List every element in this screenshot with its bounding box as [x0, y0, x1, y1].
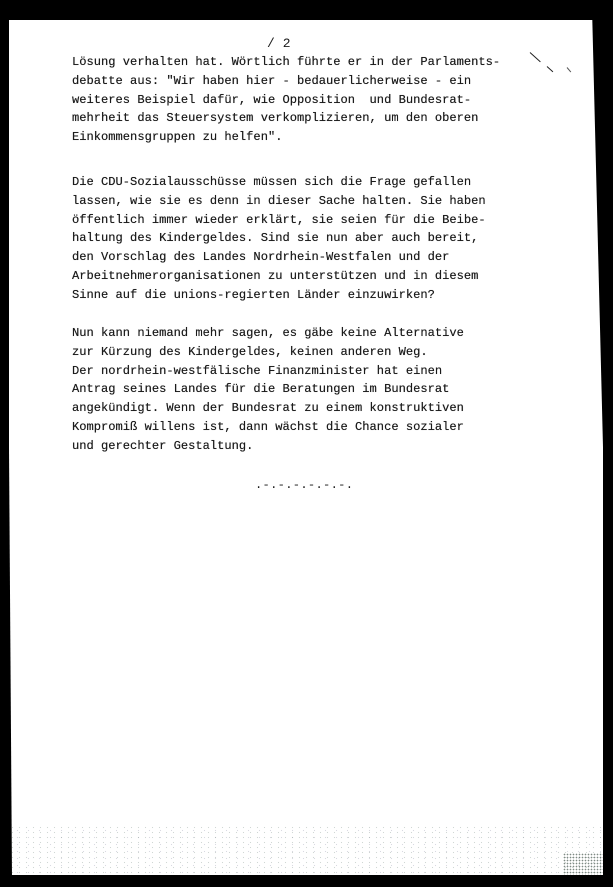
text-line: mehrheit das Steuersystem verkompliziere… [72, 109, 500, 128]
text-line: Die CDU-Sozialausschüsse müssen sich die… [72, 173, 486, 192]
scan-noise-corner [563, 853, 603, 875]
text-line: angekündigt. Wenn der Bundesrat zu einem… [72, 399, 464, 418]
text-line: und gerechter Gestaltung. [72, 437, 464, 456]
scan-mark [530, 52, 541, 62]
paragraph-2: Die CDU-Sozialausschüsse müssen sich die… [72, 173, 486, 305]
text-line: Sinne auf die unions-regierten Länder ei… [72, 286, 486, 305]
scan-mark [567, 67, 572, 72]
text-line: den Vorschlag des Landes Nordrhein-Westf… [72, 248, 486, 267]
text-line: debatte aus: "Wir haben hier - bedauerli… [72, 72, 500, 91]
scanned-page: / 2 Lösung verhalten hat. Wörtlich führt… [9, 20, 603, 875]
text-line: Arbeitnehmerorganisationen zu unterstütz… [72, 267, 486, 286]
text-line: weiteres Beispiel dafür, wie Opposition … [72, 91, 500, 110]
page-number: / 2 [267, 36, 291, 51]
text-line: Antrag seines Landes für die Beratungen … [72, 380, 464, 399]
scan-mark [547, 66, 554, 72]
paragraph-3: Nun kann niemand mehr sagen, es gäbe kei… [72, 324, 464, 456]
end-separator: .-.-.-.-.-.-. [255, 478, 353, 492]
text-line: haltung des Kindergeldes. Sind sie nun a… [72, 229, 486, 248]
text-line: Einkommensgruppen zu helfen". [72, 128, 500, 147]
text-line: Kompromiß willens ist, dann wächst die C… [72, 418, 464, 437]
text-line: Lösung verhalten hat. Wörtlich führte er… [72, 53, 500, 72]
text-line: Nun kann niemand mehr sagen, es gäbe kei… [72, 324, 464, 343]
text-line: öffentlich immer wieder erklärt, sie sei… [72, 211, 486, 230]
paragraph-1: Lösung verhalten hat. Wörtlich führte er… [72, 53, 500, 147]
scan-noise [9, 825, 603, 875]
text-line: Der nordrhein-westfälische Finanzministe… [72, 362, 464, 381]
text-line: lassen, wie sie es denn in dieser Sache … [72, 192, 486, 211]
text-line: zur Kürzung des Kindergeldes, keinen and… [72, 343, 464, 362]
